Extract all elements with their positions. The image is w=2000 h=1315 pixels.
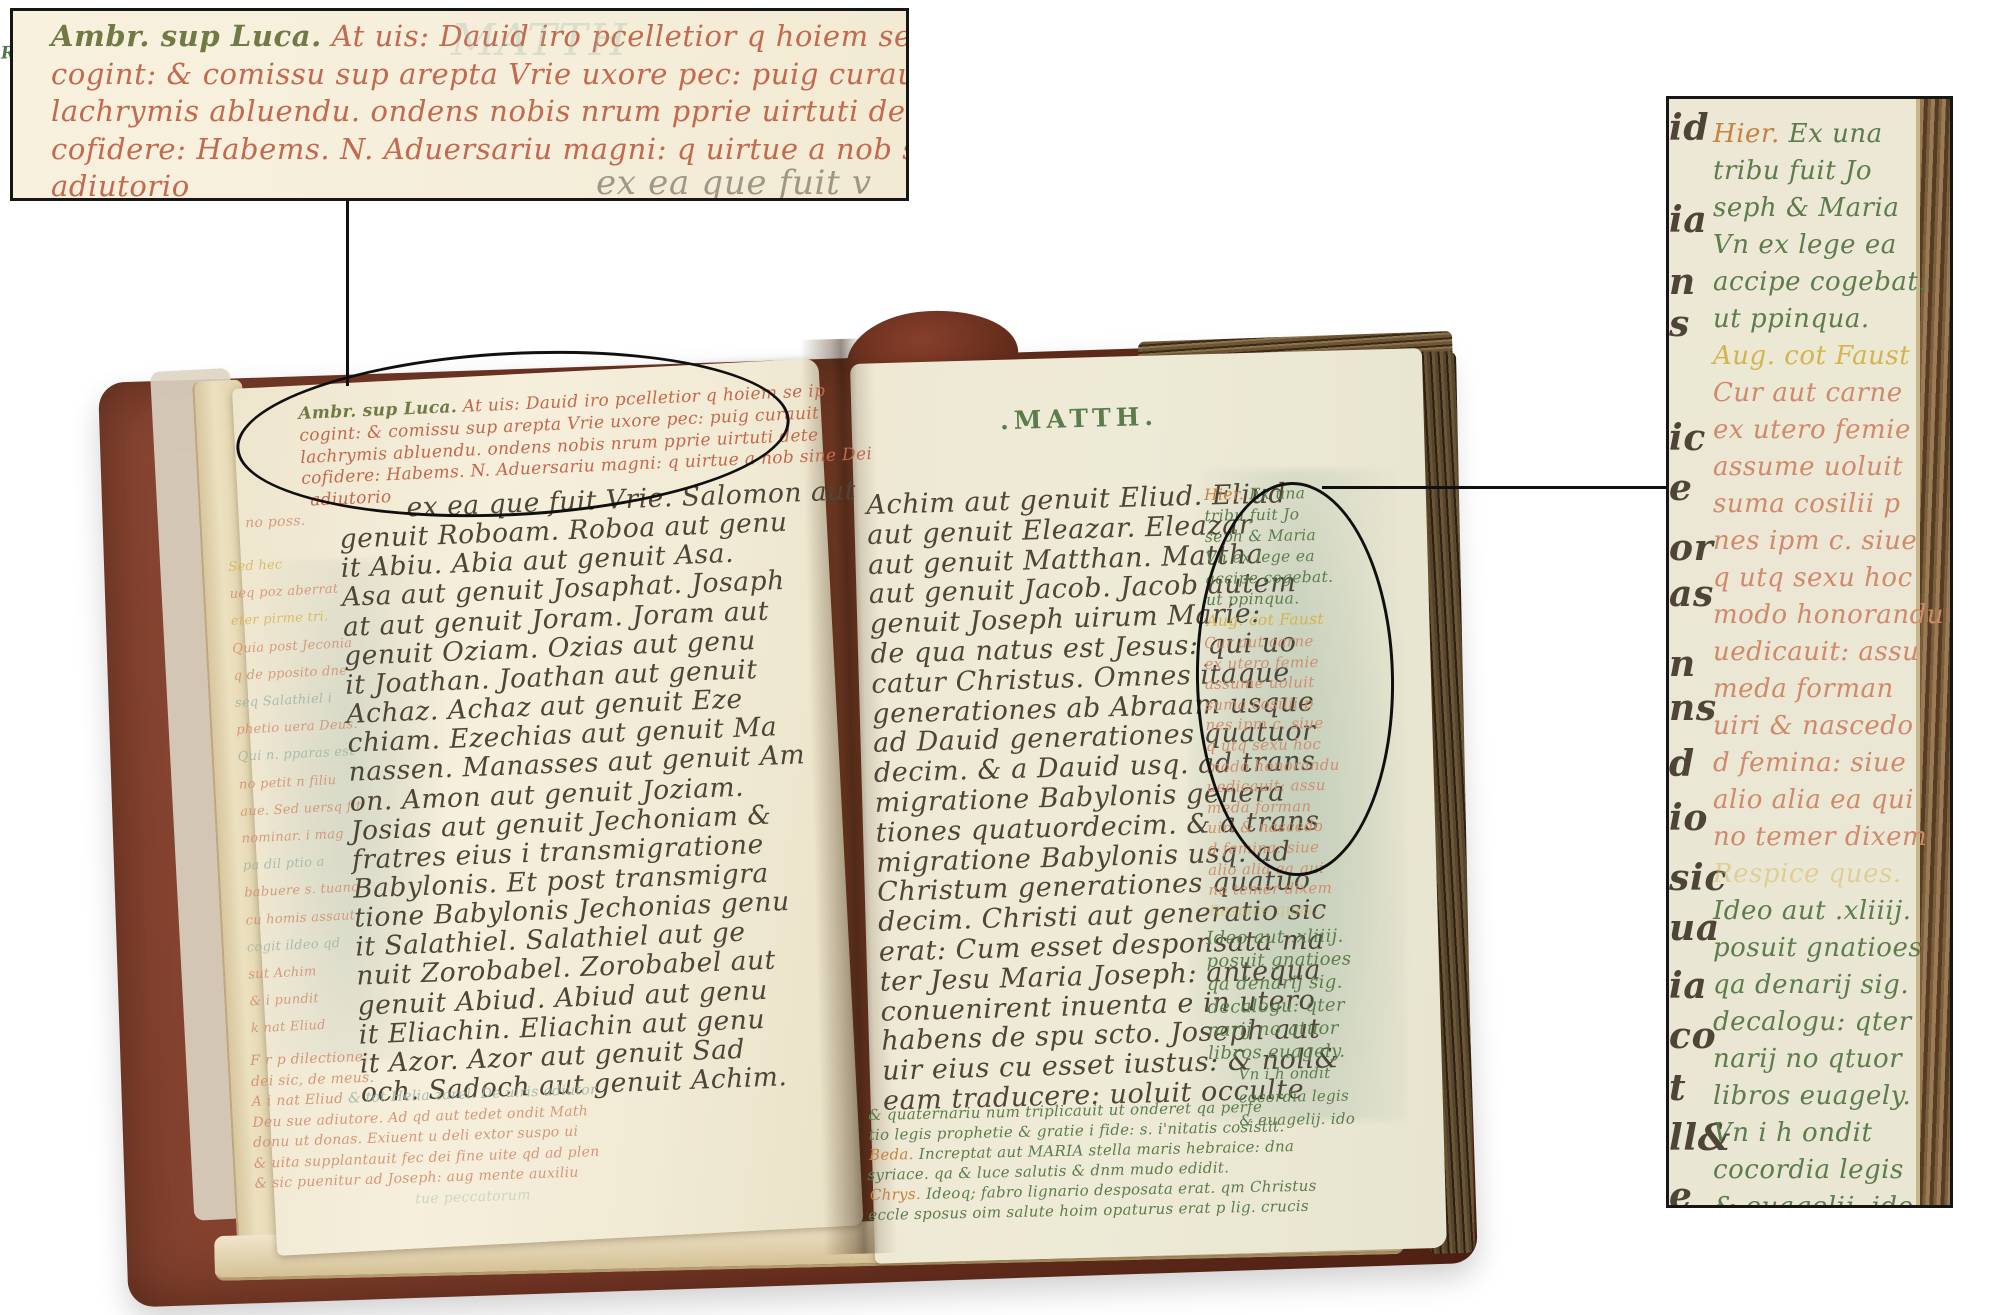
zoom-text-line: Hier. Ex una (1713, 119, 1883, 149)
zoom-text-line: lachrymis abluendu. ondens nobis nrum pp… (51, 94, 909, 128)
leader-line-top-panel (346, 194, 349, 386)
margin-gloss-line: posuit gnatioes (1206, 948, 1351, 972)
annotation-line: no poss. (245, 513, 306, 532)
margin-gloss-line: no temer dixem (1208, 879, 1332, 899)
zoom-panel-right: idiansiceorasnnsdiosicuaiacotll&e Hier. … (1666, 96, 1953, 1208)
zoom-text-line: libros euagely. (1713, 1081, 1911, 1111)
margin-gloss-line: decalogu: qter (1207, 995, 1345, 1018)
zoom-text-line: Cur aut carne (1713, 378, 1903, 408)
zoom-text-line: qa denarij sig. (1713, 970, 1909, 1000)
zoom-text-line: posuit gnatioes (1713, 933, 1922, 963)
margin-gloss-line: qa denarij sig. (1207, 972, 1343, 995)
margin-gloss-line: Respice ques. (1209, 900, 1318, 920)
zoom-text-line: & euagelij. ido (1713, 1192, 1914, 1208)
zoom-text-line: alio alia ea qui (1713, 785, 1914, 815)
zoom-text-line: Ideo aut .xliiij. (1713, 896, 1912, 926)
zoom-text-line: Aug. cot Faust (1713, 341, 1910, 371)
zoom-text-line: ex ea que fuit v (596, 163, 872, 201)
zoom-text-line: Vn i h ondit (1713, 1118, 1872, 1148)
zoom-text-line: q utq sexu hoc (1713, 563, 1913, 593)
zoom-text-line: adiutorio (51, 169, 190, 201)
page-header-matth: .MATTH. (1000, 402, 1159, 435)
zoom-text-line: decalogu: qter (1713, 1007, 1912, 1037)
zoom-text-line: uedicauit: assu (1713, 637, 1919, 667)
zoom-text-line: accipe cogebat. (1713, 267, 1927, 297)
zoom-text-line: tribu fuit Jo (1713, 156, 1872, 186)
zoom-text-line: nes ipm c. siue (1713, 526, 1917, 556)
zoom-text-line: ex utero femie (1713, 415, 1911, 445)
zoom-panel-text: Hier. Ex unatribu fuit Joseph & MariaVn … (1669, 99, 1950, 1205)
zoom-text-line: d femina: siue (1713, 748, 1906, 778)
zoom-text-line: Vn ex lege ea (1713, 230, 1897, 260)
zoom-text-line: modo honorandu (1713, 600, 1944, 630)
zoom-text-line: assume uoluit (1713, 452, 1903, 482)
zoom-text-line: suma cosilii p (1713, 489, 1901, 519)
leader-line-right-panel (1322, 486, 1666, 489)
margin-gloss-line: libros euagely. (1208, 1041, 1346, 1064)
zoom-text-line: no temer dixem (1713, 822, 1927, 852)
zoom-text-line: uiri & nascedo (1713, 711, 1914, 741)
zoom-text-line: MATTH (451, 15, 628, 66)
zoom-text-line: meda forman (1713, 674, 1894, 704)
zoom-text-line: cocordia legis (1713, 1155, 1904, 1185)
margin-gloss-line: narij no qtuor (1208, 1018, 1339, 1041)
zoom-text-line: narij no qtuor (1713, 1044, 1902, 1074)
zoom-panel-top: Ambr. sup Luca. At uis: Dauid iro pcelle… (10, 8, 909, 201)
margin-gloss-line: Vn i h ondit (1238, 1064, 1330, 1084)
figure-canvas: Ambr. sup Luca. At uis: Dauid iro pcelle… (0, 0, 2000, 1315)
zoom-text-line: seph & Maria (1713, 193, 1899, 223)
margin-gloss-line: Sed hec (228, 557, 283, 575)
zoom-text-line: cofidere: Habems. N. Aduersariu magni: q… (51, 132, 909, 166)
zoom-text-line: Respice ques. (1713, 859, 1902, 889)
zoom-text-line: ut ppinqua. (1713, 304, 1870, 334)
margin-gloss-line: Ideo aut .xliiij. (1206, 926, 1344, 949)
